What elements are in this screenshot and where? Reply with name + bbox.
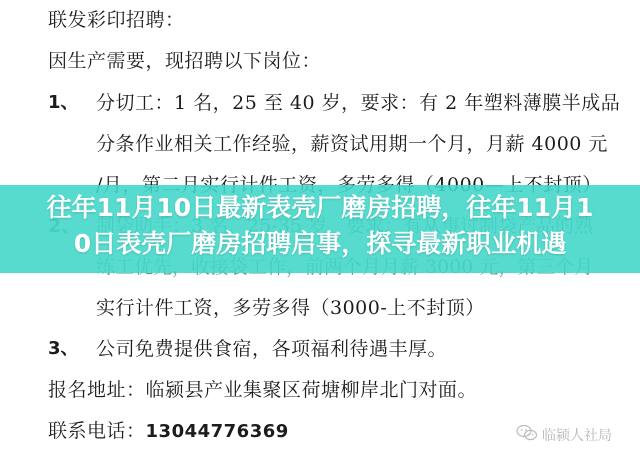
position-1-number: 1、 [48,91,79,115]
document-intro: 因生产需要，现招聘以下岗位： [48,49,321,73]
contact-phone-row: 联系电话：13044776369 [48,419,289,444]
phone-number: 13044776369 [146,421,289,442]
position-3-number: 3、 [48,337,79,361]
banner-title-line-1: 往年11月10日最新表壳厂磨房招聘，往年11月1 [0,190,640,226]
position-3-line-1: 公司免费提供食宿，各项福利待遇丰厚。 [96,337,447,361]
source-watermark: 临颍人社局 [516,424,612,446]
position-1-line-2: 分条作业相关工作经验，薪资试用期一个月，月薪 4000 元 [96,132,608,156]
watermark-text: 临颍人社局 [542,425,612,445]
phone-label: 联系电话： [48,420,146,442]
wechat-icon [516,424,538,446]
position-2-line-3: 实行计件工资，多劳多得（3000-上不封顶） [96,296,485,320]
banner-title-line-2: 0日表壳厂磨房招聘启事，探寻最新职业机遇 [0,226,640,262]
registration-address: 报名地址：临颍县产业集聚区荷塘柳岸北门对面。 [48,378,477,402]
document-heading: 联发彩印招聘： [48,8,185,32]
banner-title: 往年11月10日最新表壳厂磨房招聘，往年11月1 0日表壳厂磨房招聘启事，探寻最… [0,190,640,262]
position-1-line-1: 分切工：1 名，25 至 40 岁，要求：有 2 年塑料薄膜半成品 [96,91,620,115]
recruitment-document: 联发彩印招聘： 因生产需要，现招聘以下岗位： 1、 分切工：1 名，25 至 4… [0,0,640,459]
